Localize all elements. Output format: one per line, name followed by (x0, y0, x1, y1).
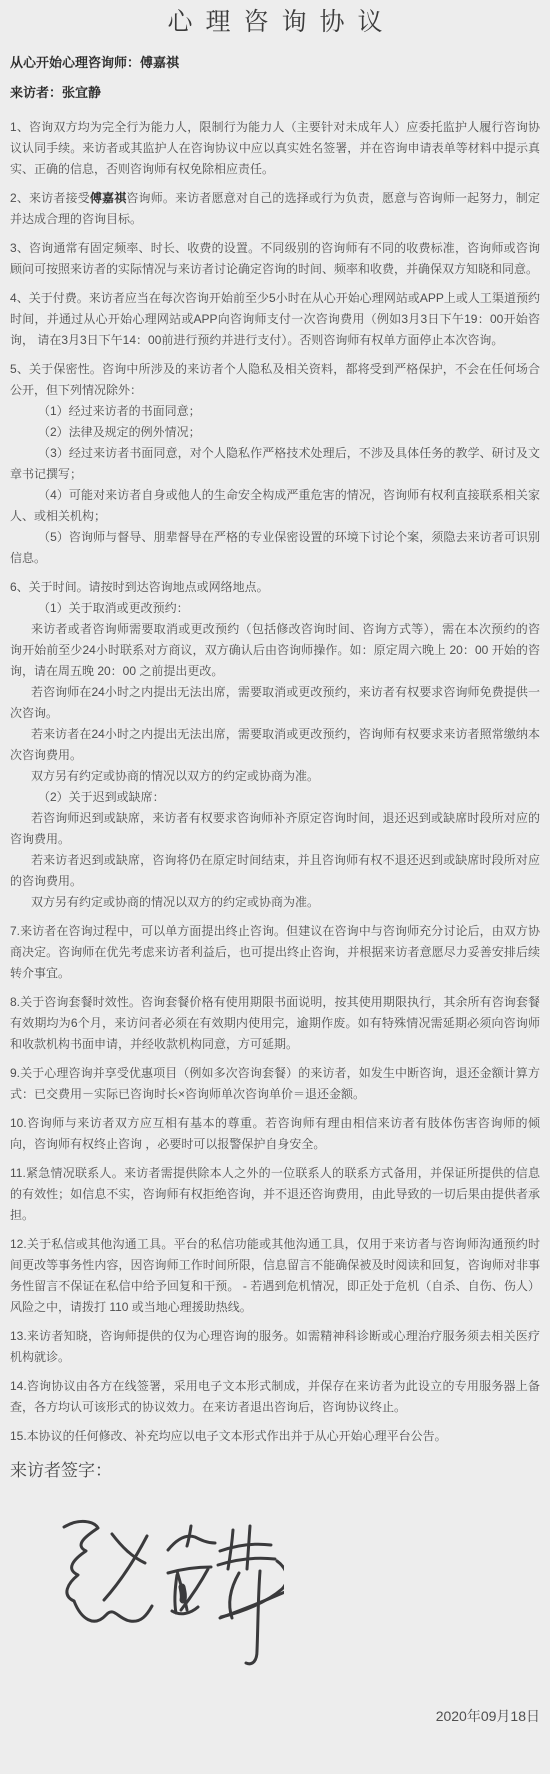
clause-paragraph: 10.咨询师与来访者双方应互相有基本的尊重。若咨询师有理由相信来访者有肢体伤害咨… (10, 1113, 540, 1155)
clause-paragraph: 2、来访者接受傅嘉祺咨询师。来访者愿意对自己的选择或行为负责，愿意与咨询师一起努… (10, 188, 540, 230)
clause: 8.关于咨询套餐时效性。咨询套餐价格有使用期限书面说明，按其使用期限执行，其余所… (10, 992, 540, 1055)
clause-text: 6、关于时间。请按时到达咨询地点或网络地点。 (10, 580, 269, 594)
clause-paragraph: 9.关于心理咨询并享受优惠项目（例如多次咨询套餐）的来访者，如发生中断咨询，退还… (10, 1063, 540, 1105)
clause-paragraph: 13.来访者知晓，咨询师提供的仅为心理咨询的服务。如需精神科诊断或心理治疗服务须… (10, 1326, 540, 1368)
clause-paragraph: 5、关于保密性。咨询中所涉及的来访者个人隐私及相关资料，都将受到严格保护，不会在… (10, 359, 540, 401)
clause: 13.来访者知晓，咨询师提供的仅为心理咨询的服务。如需精神科诊断或心理治疗服务须… (10, 1326, 540, 1368)
clause-paragraph: 7.来访者在咨询过程中，可以单方面提出终止咨询。但建议在咨询中与咨询师充分讨论后… (10, 921, 540, 984)
clause: 5、关于保密性。咨询中所涉及的来访者个人隐私及相关资料，都将受到严格保护，不会在… (10, 359, 540, 569)
clause: 2、来访者接受傅嘉祺咨询师。来访者愿意对自己的选择或行为负责，愿意与咨询师一起努… (10, 188, 540, 230)
clause: 15.本协议的任何修改、补充均应以电子文本形式作出并于从心开始心理平台公告。 (10, 1426, 540, 1447)
clause-text: 3、咨询通常有固定频率、时长、收费的设置。不同级别的咨询师有不同的收费标准，咨询… (10, 241, 540, 276)
clause-paragraph: （3）经过来访者书面同意，对个人隐私作严格技术处理后，不涉及具体任务的教学、研讨… (10, 443, 540, 485)
clause-paragraph: 15.本协议的任何修改、补充均应以电子文本形式作出并于从心开始心理平台公告。 (10, 1426, 540, 1447)
clause-paragraph: 来访者或者咨询师需要取消或更改预约（包括修改咨询时间、咨询方式等），需在本次预约… (10, 619, 540, 682)
clause-text: 15.本协议的任何修改、补充均应以电子文本形式作出并于从心开始心理平台公告。 (10, 1429, 447, 1443)
clause-paragraph: （4）可能对来访者自身或他人的生命安全构成严重危害的情况，咨询师有权利直接联系相… (10, 485, 540, 527)
clause-paragraph: 4、关于付费。来访者应当在每次咨询开始前至少5小时在从心开始心理网站或APP上或… (10, 288, 540, 351)
clause-paragraph: 12.关于私信或其他沟通工具。平台的私信功能或其他沟通工具，仅用于来访者与咨询师… (10, 1234, 540, 1318)
clause-text: 若咨询师迟到或缺席，来访者有权要求咨询师补齐原定咨询时间，退还迟到或缺席时段所对… (10, 811, 540, 846)
clause-text: 双方另有约定或协商的情况以双方的约定或协商为准。 (31, 769, 319, 783)
clause-paragraph: （2）关于迟到或缺席： (10, 787, 540, 808)
clause: 14.咨询协议由各方在线签署，采用电子文本形式制成，并保存在来访者为此设立的专用… (10, 1376, 540, 1418)
counselor-line: 从心开始心理咨询师：傅嘉祺 (10, 54, 540, 72)
clause: 10.咨询师与来访者双方应互相有基本的尊重。若咨询师有理由相信来访者有肢体伤害咨… (10, 1113, 540, 1155)
clause-text: 若来访者迟到或缺席，咨询将仍在原定时间结束，并且咨询师有权不退还迟到或缺席时段所… (10, 853, 540, 888)
clause-text: 4、关于付费。来访者应当在每次咨询开始前至少5小时在从心开始心理网站或APP上或… (10, 291, 540, 347)
clause-text: （4）可能对来访者自身或他人的生命安全构成严重危害的情况，咨询师有权利直接联系相… (10, 488, 540, 523)
clause-text: 7.来访者在咨询过程中，可以单方面提出终止咨询。但建议在咨询中与咨询师充分讨论后… (10, 924, 540, 980)
clause-text: 来访者或者咨询师需要取消或更改预约（包括修改咨询时间、咨询方式等），需在本次预约… (10, 622, 540, 678)
clause-text: （3）经过来访者书面同意，对个人隐私作严格技术处理后，不涉及具体任务的教学、研讨… (10, 446, 540, 481)
clause-paragraph: 6、关于时间。请按时到达咨询地点或网络地点。 (10, 577, 540, 598)
clause-paragraph: （2）法律及规定的例外情况； (10, 422, 540, 443)
clause: 12.关于私信或其他沟通工具。平台的私信功能或其他沟通工具，仅用于来访者与咨询师… (10, 1234, 540, 1318)
clause-text: （5）咨询师与督导、朋辈督导在严格的专业保密设置的环境下讨论个案，须隐去来访者可… (10, 530, 540, 565)
signature-label: 来访者签字： (10, 1459, 540, 1483)
clause-paragraph: 若来访者迟到或缺席，咨询将仍在原定时间结束，并且咨询师有权不退还迟到或缺席时段所… (10, 850, 540, 892)
clause-paragraph: （1）关于取消或更改预约： (10, 598, 540, 619)
clause-paragraph: 14.咨询协议由各方在线签署，采用电子文本形式制成，并保存在来访者为此设立的专用… (10, 1376, 540, 1418)
clause: 3、咨询通常有固定频率、时长、收费的设置。不同级别的咨询师有不同的收费标准，咨询… (10, 238, 540, 280)
clause-text: 若来访者在24小时之内提出无法出席，需要取消或更改预约，咨询师有权要求来访者照常… (10, 727, 540, 762)
clause-text: 14.咨询协议由各方在线签署，采用电子文本形式制成，并保存在来访者为此设立的专用… (10, 1379, 540, 1414)
clause: 6、关于时间。请按时到达咨询地点或网络地点。（1）关于取消或更改预约：来访者或者… (10, 577, 540, 913)
visitor-line: 来访者：张宜静 (10, 84, 540, 102)
clause: 1、咨询双方均为完全行为能力人，限制行为能力人（主要针对未成年人）应委托监护人履… (10, 117, 540, 180)
counselor-name-bold: 傅嘉祺 (90, 191, 127, 205)
clause-text: （2）关于迟到或缺席： (38, 790, 165, 804)
clause-text: （2）法律及规定的例外情况； (38, 425, 201, 439)
date-text: 2020年09月18日 (10, 1707, 540, 1725)
agreement-document: 心理咨询协议 从心开始心理咨询师：傅嘉祺 来访者：张宜静 1、咨询双方均为完全行… (0, 0, 550, 1774)
clause-paragraph: （5）咨询师与督导、朋辈督导在严格的专业保密设置的环境下讨论个案，须隐去来访者可… (10, 527, 540, 569)
clause-text: 10.咨询师与来访者双方应互相有基本的尊重。若咨询师有理由相信来访者有肢体伤害咨… (10, 1116, 540, 1151)
clause-text: 1、咨询双方均为完全行为能力人，限制行为能力人（主要针对未成年人）应委托监护人履… (10, 120, 540, 176)
clause-paragraph: 双方另有约定或协商的情况以双方的约定或协商为准。 (10, 766, 540, 787)
page-title: 心理咨询协议 (10, 7, 540, 38)
clause-paragraph: 双方另有约定或协商的情况以双方的约定或协商为准。 (10, 892, 540, 913)
clause: 4、关于付费。来访者应当在每次咨询开始前至少5小时在从心开始心理网站或APP上或… (10, 288, 540, 351)
clause-text: 9.关于心理咨询并享受优惠项目（例如多次咨询套餐）的来访者，如发生中断咨询，退还… (10, 1066, 540, 1101)
clause-paragraph: 若咨询师迟到或缺席，来访者有权要求咨询师补齐原定咨询时间，退还迟到或缺席时段所对… (10, 808, 540, 850)
clause-text: 11.紧急情况联系人。来访者需提供除本人之外的一位联系人的联系方式备用，并保证所… (10, 1166, 540, 1222)
clause-text: 5、关于保密性。咨询中所涉及的来访者个人隐私及相关资料，都将受到严格保护，不会在… (10, 362, 540, 397)
clause-paragraph: 8.关于咨询套餐时效性。咨询套餐价格有使用期限书面说明，按其使用期限执行，其余所… (10, 992, 540, 1055)
clause-text: 若咨询师在24小时之内提出无法出席，需要取消或更改预约，来访者有权要求咨询师免费… (10, 685, 540, 720)
clause-paragraph: 若来访者在24小时之内提出无法出席，需要取消或更改预约，咨询师有权要求来访者照常… (10, 724, 540, 766)
clause-paragraph: 3、咨询通常有固定频率、时长、收费的设置。不同级别的咨询师有不同的收费标准，咨询… (10, 238, 540, 280)
clause: 11.紧急情况联系人。来访者需提供除本人之外的一位联系人的联系方式备用，并保证所… (10, 1163, 540, 1226)
clause: 7.来访者在咨询过程中，可以单方面提出终止咨询。但建议在咨询中与咨询师充分讨论后… (10, 921, 540, 984)
clause-text: 13.来访者知晓，咨询师提供的仅为心理咨询的服务。如需精神科诊断或心理治疗服务须… (10, 1329, 540, 1364)
clause-paragraph: 若咨询师在24小时之内提出无法出席，需要取消或更改预约，来访者有权要求咨询师免费… (10, 682, 540, 724)
clause-paragraph: 1、咨询双方均为完全行为能力人，限制行为能力人（主要针对未成年人）应委托监护人履… (10, 117, 540, 180)
visitor-signature (34, 1507, 284, 1677)
clause-text: 双方另有约定或协商的情况以双方的约定或协商为准。 (31, 895, 319, 909)
clauses-list: 1、咨询双方均为完全行为能力人，限制行为能力人（主要针对未成年人）应委托监护人履… (10, 117, 540, 1447)
clause-text: 8.关于咨询套餐时效性。咨询套餐价格有使用期限书面说明，按其使用期限执行，其余所… (10, 995, 540, 1051)
clause-text: 2、来访者接受 (10, 191, 90, 205)
clause-text: （1）经过来访者的书面同意； (38, 404, 201, 418)
clause-text: 12.关于私信或其他沟通工具。平台的私信功能或其他沟通工具，仅用于来访者与咨询师… (10, 1237, 540, 1314)
clause-paragraph: 11.紧急情况联系人。来访者需提供除本人之外的一位联系人的联系方式备用，并保证所… (10, 1163, 540, 1226)
clause: 9.关于心理咨询并享受优惠项目（例如多次咨询套餐）的来访者，如发生中断咨询，退还… (10, 1063, 540, 1105)
clause-paragraph: （1）经过来访者的书面同意； (10, 401, 540, 422)
clause-text: （1）关于取消或更改预约： (38, 601, 189, 615)
